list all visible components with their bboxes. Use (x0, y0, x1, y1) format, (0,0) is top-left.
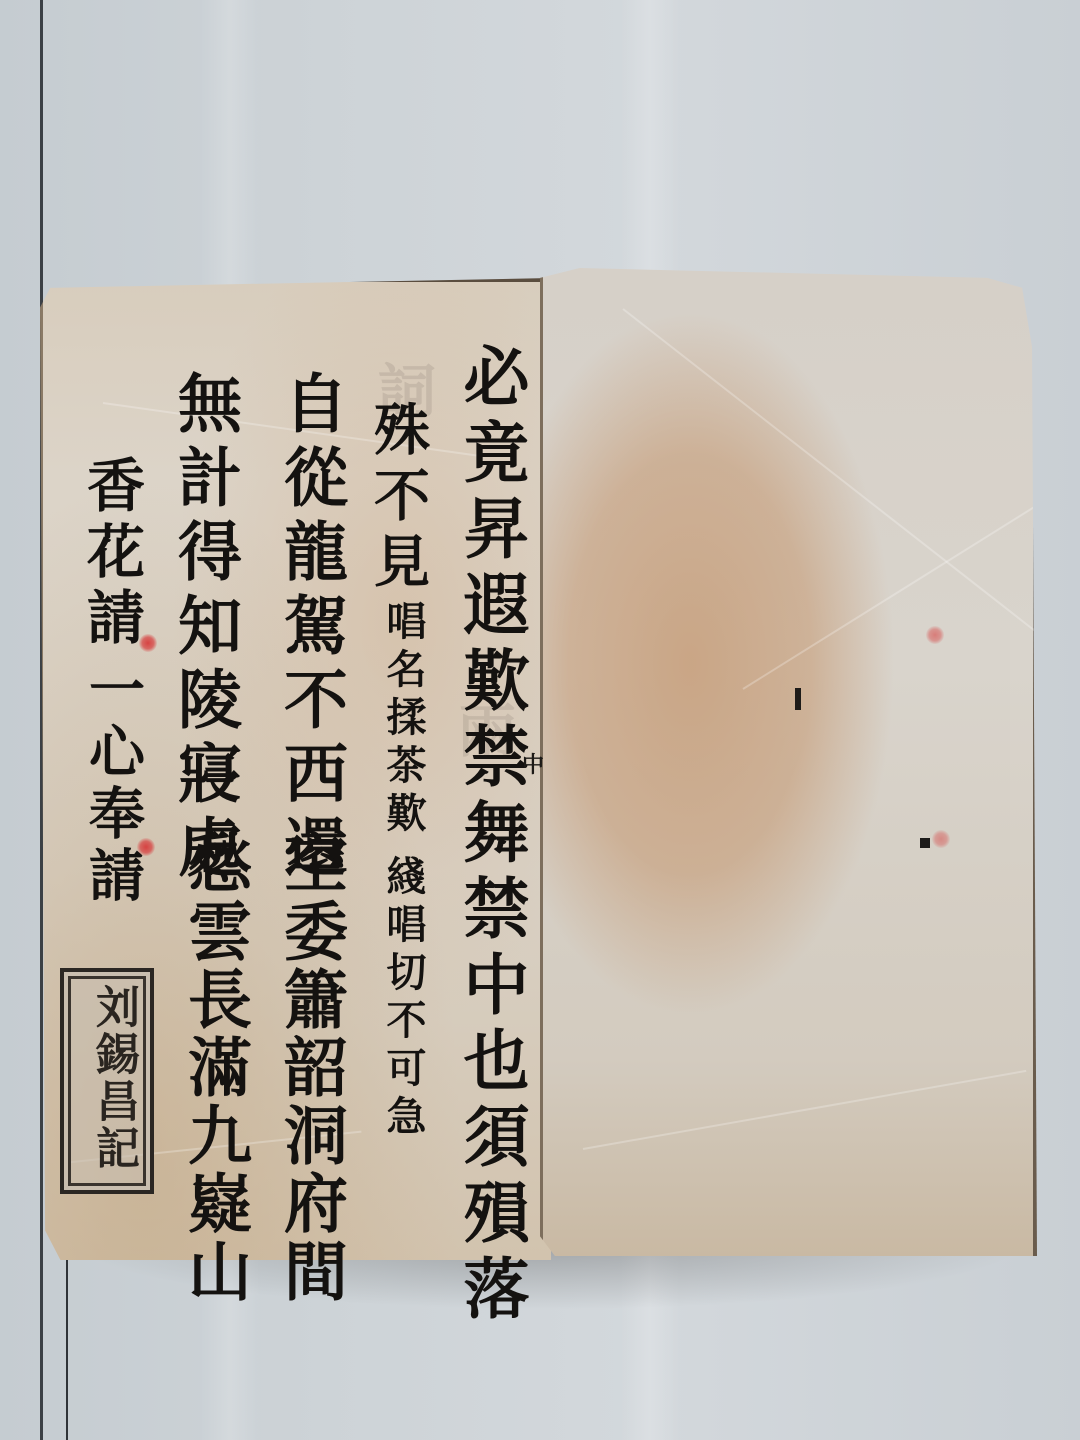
paper-crease (622, 308, 1080, 679)
column-2-main-text: 殊不見 (370, 400, 426, 598)
red-offset-mark (926, 626, 944, 644)
ink-mark (920, 838, 930, 848)
column-4-line-1: 無計得知陵寢處 (172, 370, 236, 888)
right-page (540, 268, 1037, 1256)
column-3-line-2: 空委簫韶洞府間 (278, 830, 342, 1306)
ink-mark (795, 688, 801, 710)
board-seam (66, 1250, 68, 1440)
column-2-small-text-2: 綫唱切不可急 (383, 855, 423, 1143)
column-5-line-1: 香花請 (82, 455, 140, 653)
owner-seal-stamp: 刘錫昌記 (60, 968, 154, 1194)
column-4-line-2: 愁雲長滿九嶷山 (182, 830, 246, 1306)
column-1-text: 必竟昇遐歎禁舞禁中也須殞落 (458, 342, 524, 1330)
seal-text: 刘錫昌記 (79, 984, 135, 1172)
red-punctuation-mark (139, 634, 157, 652)
column-5-line-2: 一心奉請 (85, 660, 141, 908)
column-2-small-text-1: 唱名揉茶歎 (383, 600, 423, 840)
paper-crease (742, 476, 1080, 690)
red-offset-mark (932, 830, 950, 848)
column-3-line-1: 自從龍駕不西還 (278, 370, 342, 888)
column-1-annotation: 中 (522, 748, 544, 779)
paper-crease (583, 1070, 1027, 1150)
red-punctuation-mark (137, 838, 155, 856)
